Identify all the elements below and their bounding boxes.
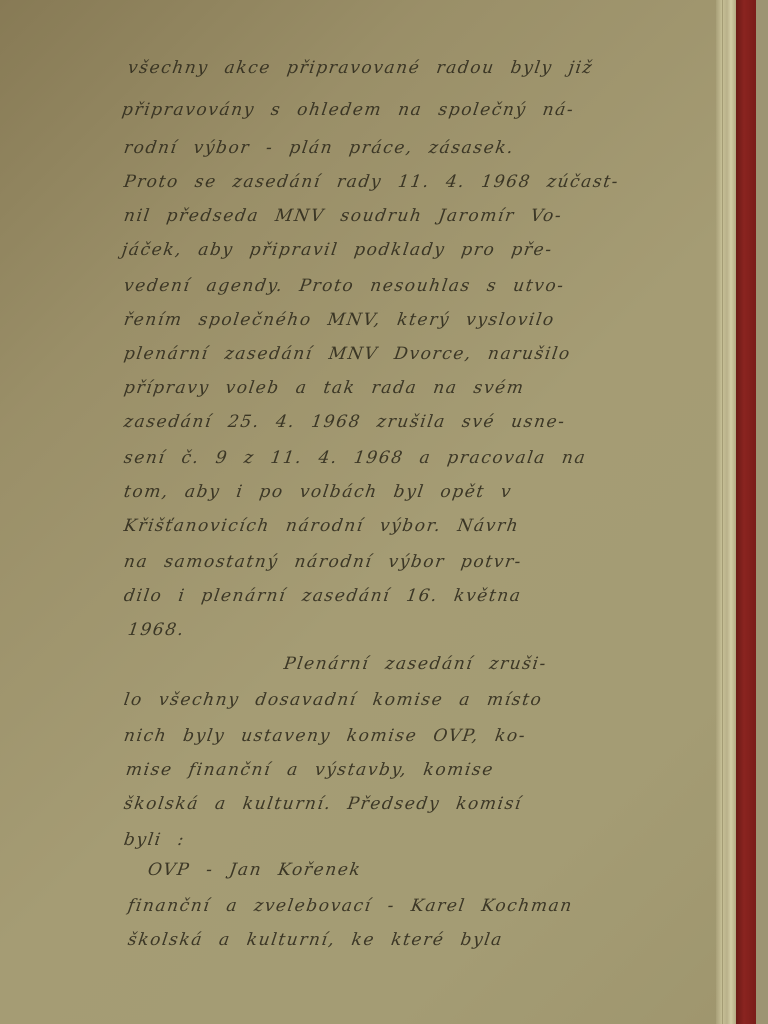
- handwritten-line: tom, aby i po volbách byl opět v: [123, 482, 514, 502]
- handwritten-line: řením společného MNV, který vyslovilo: [123, 310, 557, 330]
- handwritten-line: zasedání 25. 4. 1968 zrušila své usne-: [123, 412, 567, 432]
- handwritten-line: přípravy voleb a tak rada na svém: [123, 378, 526, 398]
- handwritten-text-block: všechny akce připravované radou byly již…: [0, 0, 720, 1024]
- red-book-cover-edge: [736, 0, 756, 1024]
- handwritten-line: vedení agendy. Proto nesouhlas s utvo-: [123, 276, 566, 296]
- handwritten-line: školská a kulturní. Předsedy komisí: [123, 794, 524, 814]
- handwritten-line: Křišťanovicích národní výbor. Návrh: [123, 516, 521, 536]
- handwritten-line: nil předseda MNV soudruh Jaromír Vo-: [123, 206, 564, 226]
- handwritten-line: Proto se zasedání rady 11. 4. 1968 zúčas…: [123, 172, 621, 192]
- page-edge-divider: [722, 0, 723, 1024]
- handwritten-line: dilo i plenární zasedání 16. května: [123, 586, 523, 606]
- handwritten-line: finanční a zveleb­ovací - Karel Kochman: [127, 896, 575, 916]
- handwritten-line: mise finanční a výstavby, komise: [125, 760, 496, 780]
- handwritten-line: jáček, aby připravil podklady pro pře-: [121, 240, 554, 260]
- handwritten-line: OVP - Jan Kořenek: [147, 860, 363, 880]
- handwritten-line: Plenární zasedání zruši-: [283, 654, 549, 674]
- handwritten-line: na samostatný národní výbor potvr-: [123, 552, 524, 572]
- handwritten-line: školská a kulturní, ke které byla: [127, 930, 505, 950]
- handwritten-line: rodní výbor - plán práce, zásasek.: [123, 138, 516, 158]
- background-surface: [756, 0, 768, 1024]
- handwritten-line: nich byly ustaveny komise OVP, ko-: [123, 726, 528, 746]
- handwritten-line: 1968.: [127, 620, 186, 640]
- handwritten-line: lo všechny dosavadní komise a místo: [123, 690, 544, 710]
- handwritten-line: všechny akce připravované radou byly již: [127, 58, 595, 78]
- handwritten-line: sení č. 9 z 11. 4. 1968 a pracovala na: [123, 448, 588, 468]
- handwritten-line: plenární zasedání MNV Dvorce, narušilo: [123, 344, 573, 364]
- handwritten-line: byli :: [123, 830, 187, 850]
- handwritten-line: připravovány s ohledem na společný ná-: [121, 100, 576, 120]
